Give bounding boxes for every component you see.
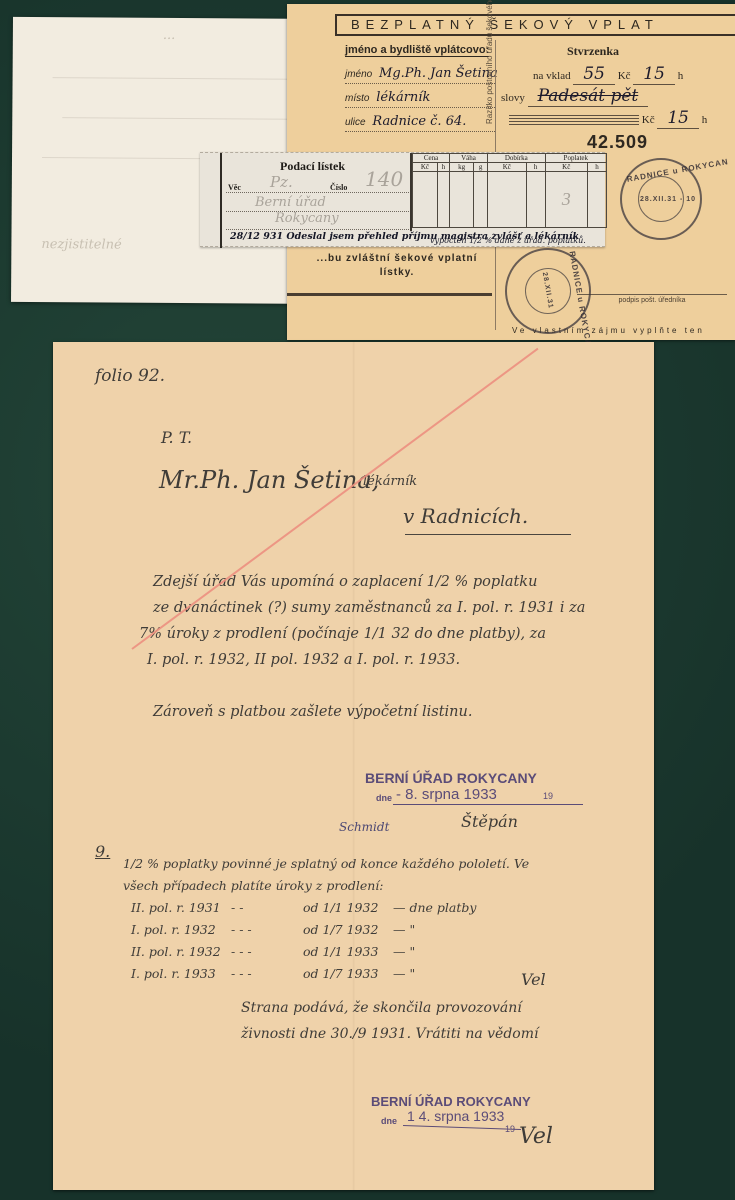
schedule-period: II. pol. r. 1931: [131, 900, 221, 915]
sub-header: Kč: [545, 163, 587, 172]
vec-label: Věc: [228, 183, 241, 192]
payer-street-field: ulice Radnice č. 64.: [345, 114, 495, 132]
office-stamp-line: [403, 1125, 521, 1130]
h-label: h: [678, 70, 684, 82]
schedule-dashes: - - -: [231, 922, 252, 937]
field-value: lékárník: [376, 90, 430, 105]
fee-table: Cena Váha Dobírka Poplatek Kč h kg g Kč …: [410, 153, 605, 231]
signature-ink: Štěpán: [461, 812, 518, 831]
kc-label: Kč: [618, 70, 631, 82]
col-header: Cena: [413, 154, 450, 163]
location-underline: [405, 534, 571, 535]
cell: [526, 172, 545, 228]
schedule-until: — ": [393, 922, 415, 937]
note-line: 1/2 % poplatky povinné je splatný od kon…: [123, 856, 529, 871]
office-stamp-office: BERNÍ ÚŘAD ROKYCANY: [371, 1094, 531, 1109]
field-label: místo: [345, 93, 369, 104]
office-stamp-dne: dne: [376, 793, 392, 803]
cislo-label: Číslo: [330, 183, 347, 192]
dotted-line: [226, 192, 411, 193]
field-value: Mg.Ph. Jan Šetina: [379, 66, 498, 81]
office-stamp-year: 19: [543, 791, 553, 801]
ghost-line: [53, 77, 313, 80]
deposit-kc-value: 55: [573, 64, 615, 85]
note-number: 9.: [95, 842, 110, 861]
special-note-line: ...bu zvláštní šekové vplatní: [307, 252, 487, 266]
schedule-until: — ": [393, 944, 415, 959]
cislo-value: 140: [365, 167, 403, 191]
signature-violet: Schmidt: [339, 820, 389, 834]
cell: [474, 172, 488, 228]
sub-header: g: [474, 163, 488, 172]
cell: [437, 172, 449, 228]
body-line: ze dvanáctinek (?) sumy zaměstnanců za I…: [153, 600, 585, 616]
office-stamp-office: BERNÍ ÚŘAD ROKYCANY: [365, 770, 537, 786]
sub-header: kg: [450, 163, 474, 172]
divider-rule: [287, 293, 492, 296]
postal-receipt-slip: Podací lístek Věc Pz. Číslo 140 Berní úř…: [200, 152, 605, 247]
kc-label: Kč: [642, 114, 655, 126]
total-h-value: 15: [657, 108, 699, 129]
total-row: Kč 15 h: [509, 108, 707, 128]
body-line: 7% úroky z prodlení (počínaje 1/1 32 do …: [139, 626, 546, 642]
schedule-from: od 1/1 1933: [303, 944, 378, 959]
poplatek-value: 3: [545, 172, 587, 228]
receipt-left-bar: [220, 153, 222, 248]
payer-heading: jméno a bydliště vplátcovo:: [345, 44, 489, 57]
col-header: Dobírka: [487, 154, 545, 163]
deposit-h-value: 15: [633, 64, 675, 85]
ruled-lines: [509, 115, 639, 125]
deposit-amount-row: na vklad 55 Kč 15 h: [533, 64, 683, 84]
pencil-place: Rokycany: [275, 211, 339, 226]
words-value: Padesát pět: [528, 86, 649, 107]
sub-header: h: [437, 163, 449, 172]
ghost-text: nezjistitelné: [41, 237, 121, 253]
h-label: h: [702, 114, 708, 126]
schedule-from: od 1/7 1932: [303, 922, 378, 937]
sub-header: h: [526, 163, 545, 172]
schedule-period: II. pol. r. 1932: [131, 944, 221, 959]
amount-in-words-row: slovy Padesát pět: [501, 86, 648, 106]
final-line: Strana podává, že skončila provozování: [241, 1000, 522, 1016]
pencil-addressee: Berní úřad: [255, 195, 326, 210]
deposit-label: na vklad: [533, 70, 571, 82]
sub-header: h: [587, 163, 606, 172]
dotted-line: [226, 229, 411, 230]
final-line: živnosti dne 30./9 1931. Vrátiti na vědo…: [241, 1026, 539, 1042]
ghost-line: [62, 117, 292, 120]
schedule-from: od 1/1 1932: [303, 900, 378, 915]
ghost-text: ...: [163, 28, 176, 43]
receipt-title: Podací lístek: [280, 159, 345, 174]
office-stamp-line: [393, 804, 583, 805]
office-stamp-dne: dne: [381, 1116, 397, 1126]
col-header: Poplatek: [545, 154, 606, 163]
sub-header: Kč: [413, 163, 438, 172]
special-note: ...bu zvláštní šekové vplatní lístky.: [307, 252, 487, 280]
vec-value: Pz.: [270, 173, 293, 191]
cell: [587, 172, 606, 228]
field-value: Radnice č. 64.: [372, 114, 466, 129]
schedule-from: od 1/7 1933: [303, 966, 378, 981]
form-banner: BEZPLATNÝ ŠEKOVÝ VPLAT: [335, 14, 735, 36]
postmark-date: 28.XII.31 - 10: [640, 196, 696, 203]
special-note-line: lístky.: [307, 266, 487, 280]
field-label: jméno: [345, 69, 372, 80]
sub-header: Kč: [487, 163, 526, 172]
clerk-signature-line: podpis pošt. úředníka: [577, 294, 727, 304]
salutation: P. T.: [161, 428, 192, 447]
ink-note-second-line: vypočten 1/2 % daně z úřad. poplatků.: [430, 236, 586, 245]
cell: [413, 172, 438, 228]
office-stamp-date: 1 4. srpna 1933: [407, 1108, 504, 1124]
addressee-title: lékárník: [363, 474, 417, 489]
body-line: Zdejší úřad Vás upomíná o zaplacení 1/2 …: [153, 574, 537, 590]
cell: [450, 172, 474, 228]
schedule-dashes: - -: [231, 900, 243, 915]
account-number: 42.509: [587, 132, 648, 153]
field-label: ulice: [345, 117, 366, 128]
initials: Vel: [519, 1124, 553, 1149]
schedule-period: I. pol. r. 1933: [131, 966, 216, 981]
col-header: Váha: [450, 154, 488, 163]
note-line: všech případech platíte úroky z prodlení…: [123, 878, 384, 893]
vertical-caption: Razítko poštovního úřadu šekového.: [485, 0, 494, 124]
payer-place-field: místo lékárník: [345, 90, 495, 108]
cell: [487, 172, 526, 228]
folio-number: folio 92.: [95, 366, 165, 386]
schedule-period: I. pol. r. 1932: [131, 922, 216, 937]
schedule-dashes: - - -: [231, 966, 252, 981]
closing-line: Zároveň s platbou zašlete výpočetní list…: [153, 704, 472, 720]
schedule-until: — ": [393, 966, 415, 981]
payer-name-field: jméno Mg.Ph. Jan Šetina: [345, 66, 495, 84]
schedule-dashes: - - -: [231, 944, 252, 959]
schedule-until: — dne platby: [393, 900, 476, 915]
words-label: slovy: [501, 92, 525, 104]
addressee-location: v Radnicích.: [403, 504, 528, 528]
receipt-title: Stvrzenka: [567, 44, 619, 59]
postmark-stamp: RADNICE u ROKYCAN 28.XII.31 - 10: [620, 158, 702, 240]
body-line: I. pol. r. 1932, II pol. 1932 a I. pol. …: [147, 652, 460, 668]
office-stamp-date: - 8. srpna 1933: [396, 786, 497, 803]
tax-office-letter: folio 92. P. T. Mr.Ph. Jan Šetina, lékár…: [53, 342, 654, 1190]
initials: Vel: [521, 970, 546, 989]
